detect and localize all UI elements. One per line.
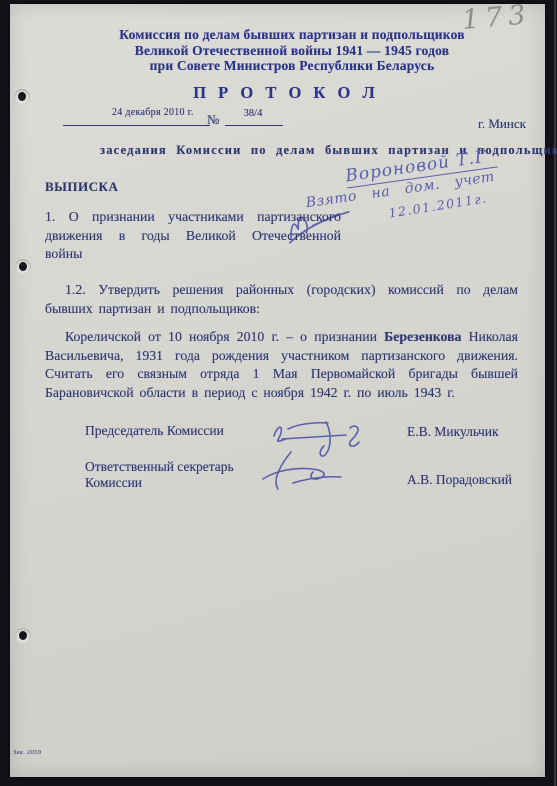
clause-1-2: 1.2. Утвердить решения районных (городск… <box>45 281 518 318</box>
decision-person-name: Березенкова <box>384 329 461 344</box>
secretary-title-line-1: Ответственный секретарь <box>85 459 234 475</box>
protocol-number: 38/4 <box>225 108 281 119</box>
number-sign: № <box>207 112 219 128</box>
org-header-line-3: при Совете Министров Республики Беларусь <box>112 58 472 74</box>
scan-edge-highlight <box>554 0 556 786</box>
document-page: 173 Комиссия по делам бывших партизан и … <box>10 4 545 777</box>
punch-hole-top <box>14 89 30 105</box>
decision-paragraph: Кореличской от 10 ноября 2010 г. – о при… <box>45 328 518 402</box>
secretary-name: А.В. Порадовский <box>407 472 512 488</box>
date-underline <box>63 125 210 126</box>
org-header-line-1: Комиссия по делам бывших партизан и подп… <box>112 27 472 43</box>
print-order-number: Зак. 2059 <box>13 749 41 756</box>
chairman-name: Е.В. Микульчик <box>407 424 499 440</box>
org-header-line-2: Великой Отечественной войны 1941 — 1945 … <box>112 43 472 59</box>
secretary-signature <box>255 448 375 498</box>
secretary-title: Ответственный секретарь Комиссии <box>85 459 234 490</box>
protocol-date: 24 декабря 2010 г. <box>112 107 194 118</box>
document-title: П Р О Т О К О Л <box>106 83 466 103</box>
agenda-item-1: 1. О признании участниками партизанского… <box>45 208 341 264</box>
scanned-document-background: 173 Комиссия по делам бывших партизан и … <box>0 0 557 786</box>
chairman-title: Председатель Комиссии <box>85 423 224 439</box>
punch-hole-middle <box>15 259 31 275</box>
secretary-title-line-2: Комиссии <box>85 475 234 491</box>
city-label: г. Минск <box>478 116 526 132</box>
punch-hole-bottom <box>15 628 31 644</box>
organization-header: Комиссия по делам бывших партизан и подп… <box>112 27 472 74</box>
extract-label: ВЫПИСКА <box>45 179 118 195</box>
decision-text-before: Кореличской от 10 ноября 2010 г. – о при… <box>65 329 384 344</box>
number-underline <box>225 125 283 126</box>
